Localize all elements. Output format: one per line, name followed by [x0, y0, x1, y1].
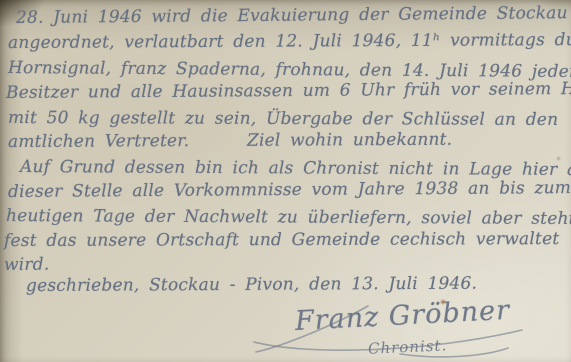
handwritten-line-4: Besitzer und alle Hausinsassen um 6 Uhr … — [6, 79, 571, 103]
signature-title: Chronist. — [368, 336, 448, 357]
handwritten-line-6: amtlichen Vertreter. Ziel wohin unbekann… — [8, 130, 452, 152]
handwritten-line-2: angeordnet, verlautbart den 12. Juli 194… — [8, 30, 571, 53]
paper-stain-speck — [556, 156, 561, 161]
paper-stain-speck — [510, 120, 514, 124]
handwritten-line-12: geschrieben, Stockau - Pivon, den 13. Ju… — [26, 274, 477, 296]
signature-name: Franz Gröbner — [294, 295, 511, 337]
document-page: 28. Juni 1946 wird die Evakuierung der G… — [0, 0, 571, 362]
handwritten-line-3: Hornsignal, franz Spaderna, frohnau, den… — [8, 58, 571, 82]
handwritten-line-8: dieser Stelle alle Vorkommnisse vom Jahr… — [8, 178, 571, 202]
handwritten-line-7: Auf Grund dessen bin ich als Chronist ni… — [20, 157, 571, 180]
handwritten-line-11: wird. — [4, 255, 50, 275]
handwritten-line-10: fest das unsere Ortschaft und Gemeinde c… — [4, 229, 559, 251]
handwritten-line-9: heutigen Tage der Nachwelt zu überliefer… — [6, 206, 571, 229]
handwritten-line-5: mit 50 kg gestellt zu sein, Übergabe der… — [8, 108, 558, 130]
handwritten-line-1: 28. Juni 1946 wird die Evakuierung der G… — [16, 3, 568, 28]
paper-stain-speck — [440, 299, 446, 305]
